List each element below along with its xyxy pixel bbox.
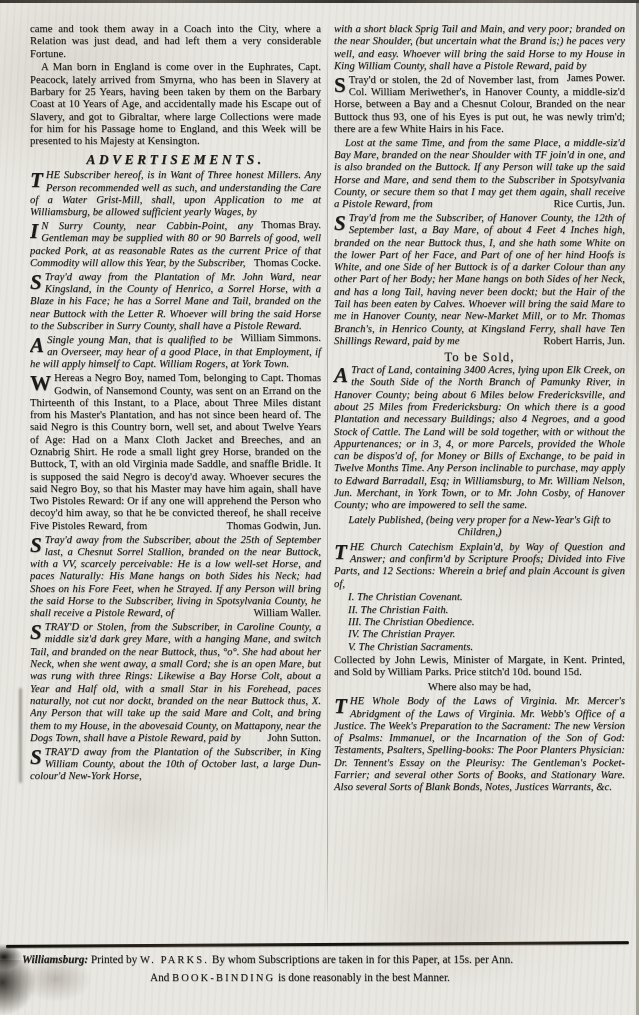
list-item: I. The Christian Covenant.	[334, 592, 625, 604]
catechism-list: I. The Christian Covenant.II. The Christ…	[334, 592, 625, 653]
signature: William Waller.	[245, 608, 321, 620]
advertisement: STray'd away from the Subscriber, about …	[30, 535, 321, 621]
paragraph-text: Tray'd away from the Plantation of Mr. J…	[30, 272, 321, 332]
advertisement: ATract of Land, containing 3400 Acres, l…	[334, 365, 625, 513]
right-column: with a short black Sprig Tail and Main, …	[334, 24, 625, 940]
advertisements-heading: ADVERTISEMENTS.	[30, 152, 321, 168]
imprint-bookbinding-rest: is done reasonably in the best Manner.	[278, 972, 450, 984]
paragraph-text: HE Church Catechism Explain'd, by Way of…	[334, 542, 625, 590]
drop-cap: W	[30, 373, 54, 393]
imprint-divider-rule	[6, 941, 629, 948]
imprint-line-2: And BOOK-BINDING is done reasonably in t…	[22, 970, 626, 988]
paragraph-text: Hereas a Negro Boy, named Tom, belonging…	[30, 373, 321, 532]
column-divider-rule	[327, 24, 328, 940]
paragraph-text: A Man born in England is come over in th…	[30, 62, 321, 147]
list-item: II. The Christian Faith.	[334, 605, 625, 617]
advertisement: THE Subscriber hereof, is in Want of Thr…	[30, 170, 321, 219]
signature: Thomas Cocke.	[246, 258, 321, 270]
signature: Rice Curtis, Jun.	[535, 199, 625, 211]
advertisement: STray'd from me the Subscriber, of Hanov…	[334, 213, 625, 348]
signature: William Simmons.	[233, 333, 321, 345]
drop-cap: S	[30, 272, 45, 292]
imprint-printer-name: W. PARKS.	[140, 955, 209, 966]
paragraph-text: TRAY'D away from the Plantation of the S…	[30, 747, 321, 783]
paragraph-text: Collected by John Lewis, Minister of Mar…	[334, 655, 625, 678]
list-item: V. The Christian Sacraments.	[334, 642, 625, 654]
drop-cap: S	[334, 213, 349, 233]
drop-cap: I	[30, 221, 41, 241]
section-heading: To be Sold,	[340, 351, 619, 363]
newspaper-page: came and took them away in a Coach into …	[0, 0, 639, 1015]
news-paragraph: Collected by John Lewis, Minister of Mar…	[334, 655, 625, 680]
left-column: came and took them away in a Coach into …	[30, 24, 321, 940]
imprint-bookbinding: BOOK-BINDING	[172, 973, 275, 984]
imprint-subscription: By whom Subscriptions are taken in for t…	[212, 954, 513, 966]
scan-edge-top	[0, 0, 639, 3]
signature: Thomas Godwin, Jun.	[218, 521, 321, 533]
imprint-and: And	[150, 972, 169, 984]
paragraph-text: with a short black Sprig Tail and Main, …	[334, 24, 625, 72]
advertisement: with a short black Sprig Tail and Main, …	[334, 24, 625, 73]
drop-cap: A	[334, 365, 351, 385]
news-paragraph: came and took them away in a Coach into …	[30, 24, 321, 61]
page-columns: came and took them away in a Coach into …	[30, 24, 626, 940]
paragraph-text: Tray'd from me the Subscriber, of Hanove…	[334, 213, 625, 347]
paragraph-text: Tray'd away from the Subscriber, about t…	[30, 535, 321, 620]
paragraph-text: came and took them away in a Coach into …	[30, 24, 321, 60]
drop-cap: S	[30, 535, 45, 555]
ink-smudge	[20, 956, 92, 1002]
drop-cap: T	[30, 170, 46, 190]
signature: Robert Harris, Jun.	[535, 336, 625, 348]
paragraph-text: HE Whole Body of the Laws of Virginia. M…	[334, 696, 625, 793]
signature: James Power.	[559, 73, 625, 85]
imprint-line-1: Williamsburg: Printed by W. PARKS. By wh…	[22, 952, 626, 970]
advertisement: THE Whole Body of the Laws of Virginia. …	[334, 696, 625, 794]
paragraph-text: Tract of Land, containing 3400 Acres, ly…	[334, 365, 625, 511]
ink-streak	[19, 688, 22, 783]
drop-cap: T	[334, 696, 350, 716]
section-heading: Lately Published, (being very proper for…	[340, 515, 619, 540]
drop-cap: S	[334, 75, 349, 95]
news-paragraph: A Man born in England is come over in th…	[30, 62, 321, 148]
section-heading: Where also may be had,	[340, 682, 619, 694]
list-item: III. The Christian Obedience.	[334, 617, 625, 629]
advertisement: STRAY'D or Stolen, from the Subscriber, …	[30, 622, 321, 745]
signature: John Sutton.	[259, 733, 321, 745]
paragraph-text: HE Subscriber hereof, is in Want of Thre…	[30, 170, 321, 218]
advertisement: STRAY'D away from the Plantation of the …	[30, 747, 321, 784]
advertisement: WHereas a Negro Boy, named Tom, belongin…	[30, 373, 321, 533]
drop-cap: T	[334, 542, 350, 562]
list-item: IV. The Christian Prayer.	[334, 629, 625, 641]
paragraph-text: TRAY'D or Stolen, from the Subscriber, i…	[30, 622, 321, 744]
advertisement: THE Church Catechism Explain'd, by Way o…	[334, 542, 625, 591]
imprint-footer: Williamsburg: Printed by W. PARKS. By wh…	[22, 952, 626, 987]
advertisement: STray'd away from the Plantation of Mr. …	[30, 272, 321, 333]
drop-cap: S	[30, 747, 45, 767]
drop-cap: A	[30, 335, 47, 355]
drop-cap: S	[30, 622, 45, 642]
imprint-printed-by: Printed by	[91, 954, 137, 966]
signature: Thomas Bray.	[253, 220, 321, 232]
advertisement: Lost at the same Time, and from the same…	[334, 138, 625, 212]
